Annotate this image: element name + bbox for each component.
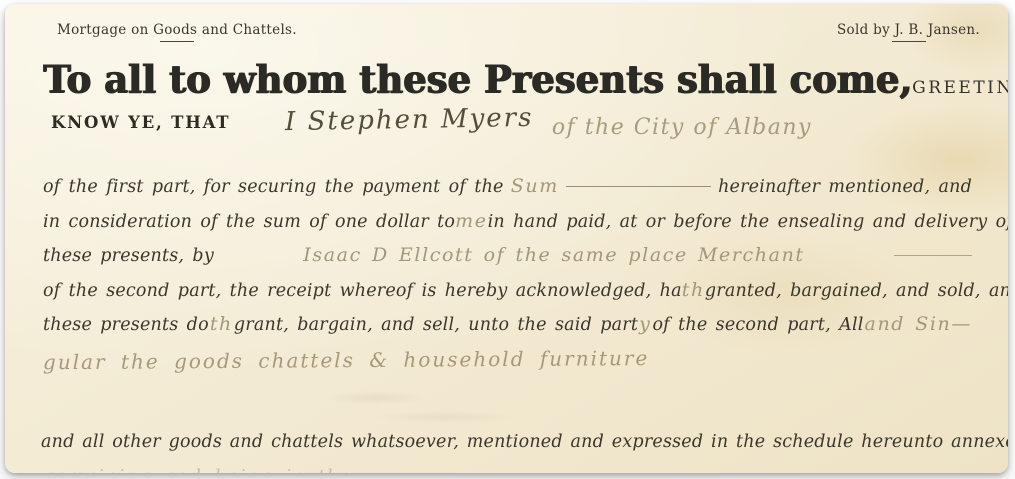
handwritten-mortgagee: Isaac D Ellcott of the same place Mercha…	[303, 239, 804, 273]
closing-line: and all other goods and chattels whatsoe…	[41, 432, 974, 452]
body-line-5: these presents do th grant, bargain, and…	[43, 308, 972, 343]
greeting-label: GREETING	[912, 78, 1008, 98]
body-line-4: of the second part, the receipt whereof …	[43, 274, 972, 309]
header-right-label: Sold by J. B. Jansen.	[837, 22, 980, 42]
body-line-6-handwritten: gular the goods chattels & household fur…	[43, 339, 972, 378]
blank-rule	[566, 186, 711, 187]
form-title: Mortgage on Goods and Chattels.	[57, 22, 297, 38]
divider-rule	[892, 41, 926, 42]
seller-credit: Sold by J. B. Jansen.	[837, 22, 980, 38]
handwritten-me: me	[455, 205, 487, 239]
document-title: To all to whom these Presents shall come…	[43, 56, 912, 102]
know-ye-label: KNOW YE, THAT	[51, 113, 230, 132]
document-header: Mortgage on Goods and Chattels. Sold by …	[57, 22, 980, 42]
blank-rule	[894, 255, 972, 256]
handwritten-sum: Sum	[511, 170, 559, 204]
know-ye-row: KNOW YE, THAT I Stephen Myers of the Cit…	[51, 105, 968, 135]
divider-rule	[160, 41, 194, 42]
printed-text: these presents, by	[43, 240, 214, 274]
document-paper: Mortgage on Goods and Chattels. Sold by …	[5, 4, 1008, 473]
mortgagor-place-handwritten: of the City of Albany	[552, 115, 812, 140]
printed-text: hereinafter mentioned, and	[718, 171, 972, 205]
scanned-document: Mortgage on Goods and Chattels. Sold by …	[0, 0, 1015, 479]
body-line-2: in consideration of the sum of one dolla…	[43, 205, 972, 240]
printed-text: of the first part, for securing the paym…	[43, 171, 504, 205]
printed-text: of the second part, All	[652, 309, 863, 343]
body-paragraph: of the first part, for securing the paym…	[43, 170, 972, 376]
mortgagor-name-handwritten: I Stephen Myers	[285, 103, 534, 137]
printed-text: in consideration of the sum of one dolla…	[43, 206, 455, 240]
handwritten-phrase: and Sin—	[865, 308, 972, 342]
printed-text: grant, bargain, and sell, unto the said …	[234, 309, 638, 343]
body-line-1: of the first part, for securing the paym…	[43, 170, 972, 205]
printed-text: granted, bargained, and sold, and by	[705, 275, 1008, 309]
printed-text: and all other goods and chattels whatsoe…	[41, 432, 1008, 452]
handwritten-suffix: th	[682, 274, 705, 308]
handwritten-suffix: th	[210, 308, 233, 342]
printed-text: in hand paid, at or before the ensealing…	[488, 206, 1008, 240]
ink-showthrough	[305, 389, 635, 429]
body-line-3: these presents, by Isaac D Ellcott of th…	[43, 239, 972, 274]
title-row: To all to whom these Presents shall come…	[43, 58, 974, 102]
printed-text: of the second part, the receipt whereof …	[43, 275, 682, 309]
handwritten-suffix: y	[639, 308, 651, 342]
cutoff-faint-line: remaining and being in the	[45, 466, 352, 473]
header-left-label: Mortgage on Goods and Chattels.	[57, 22, 297, 42]
printed-text: these presents do	[43, 309, 209, 343]
